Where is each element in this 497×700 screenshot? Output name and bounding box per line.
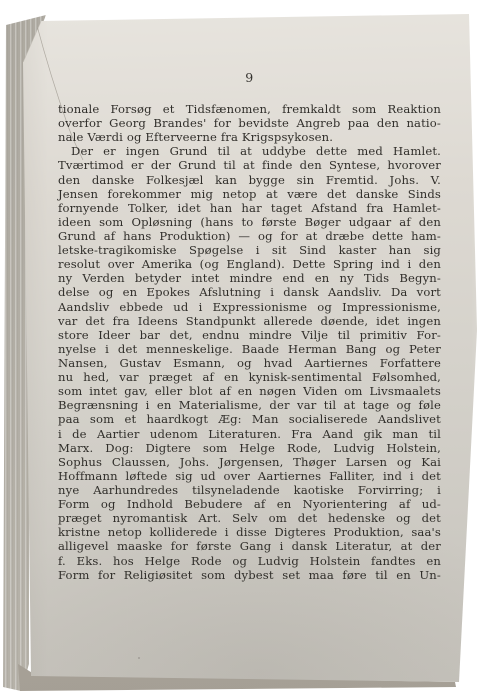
- text-line: Sophus Claussen, Johs. Jørgensen, Thøger…: [58, 455, 441, 469]
- text-line: overfor Georg Brandes' for bevidste Angr…: [58, 116, 441, 130]
- text-line: Form for Religiøsitet som dybest set maa…: [58, 568, 441, 582]
- paper-speck: [138, 657, 140, 659]
- text-line: ideen som Opløsning (hans to første Bøge…: [58, 215, 441, 229]
- text-line: resolut over Amerika (og England). Dette…: [58, 257, 441, 271]
- text-line: nyelse i det menneskelige. Baade Herman …: [58, 342, 441, 356]
- text-line: alligevel maaske for første Gang i dansk…: [58, 539, 441, 553]
- text-line: Grund af hans Produktion) — og for at dr…: [58, 229, 441, 243]
- text-line: i de Aartier udenom Literaturen. Fra Aan…: [58, 427, 441, 441]
- text-line: f. Eks. hos Helge Rode og Ludvig Holstei…: [58, 554, 441, 568]
- text-line: delse og en Epokes Afslutning i dansk Aa…: [58, 285, 441, 299]
- text-line: den danske Folkesjæl kan bygge sin Fremt…: [58, 173, 441, 187]
- text-line: nu hed, var præget af en kynisk-sentimen…: [58, 370, 441, 384]
- page-text: tionale Forsøg et Tidsfænomen, fremkaldt…: [58, 102, 441, 582]
- book-photo: 9 tionale Forsøg et Tidsfænomen, fremkal…: [0, 0, 497, 700]
- text-line: Tværtimod er der Grund til at finde den …: [58, 158, 441, 172]
- text-line: tionale Forsøg et Tidsfænomen, fremkaldt…: [58, 102, 441, 116]
- text-line: Marx. Dog: Digtere som Helge Rode, Ludvi…: [58, 441, 441, 455]
- text-line: var det fra Ideens Standpunkt allerede d…: [58, 314, 441, 328]
- text-line: fornyende Tolker, idet han har taget Afs…: [58, 201, 441, 215]
- text-line: nye Aarhundredes tilsyneladende kaotiske…: [58, 483, 441, 497]
- text-line: Aandsliv ebbede ud i Expressionisme og I…: [58, 300, 441, 314]
- text-line: kristne netop kolliderede i disse Digter…: [58, 525, 441, 539]
- text-line: paa som et haardkogt Æg: Man socialisere…: [58, 412, 441, 426]
- text-line: Form og Indhold Bebudere af en Nyoriente…: [58, 497, 441, 511]
- text-line: Der er ingen Grund til at uddybe dette m…: [58, 144, 441, 158]
- text-line: Begrænsning i en Materialisme, der var t…: [58, 398, 441, 412]
- text-line: ny Verden betyder intet mindre end en ny…: [58, 271, 441, 285]
- text-line: store Ideer bar det, endnu mindre Vilje …: [58, 328, 441, 342]
- text-line: præget nyromantisk Art. Selv om det hede…: [58, 511, 441, 525]
- text-line: Hoffmann løftede sig ud over Aartiernes …: [58, 469, 441, 483]
- text-line: nale Værdi og Efterveerne fra Krigspsyko…: [58, 130, 441, 144]
- text-line: som intet gav, eller blot af en nøgen Vi…: [58, 384, 441, 398]
- page-number: 9: [58, 70, 441, 85]
- book-page: 9 tionale Forsøg et Tidsfænomen, fremkal…: [0, 0, 497, 700]
- text-line: Nansen, Gustav Esmann, og hvad Aartierne…: [58, 356, 441, 370]
- text-line: Jensen forekommer mig netop at være det …: [58, 187, 441, 201]
- text-line: letske-tragikomiske Spøgelse i sit Sind …: [58, 243, 441, 257]
